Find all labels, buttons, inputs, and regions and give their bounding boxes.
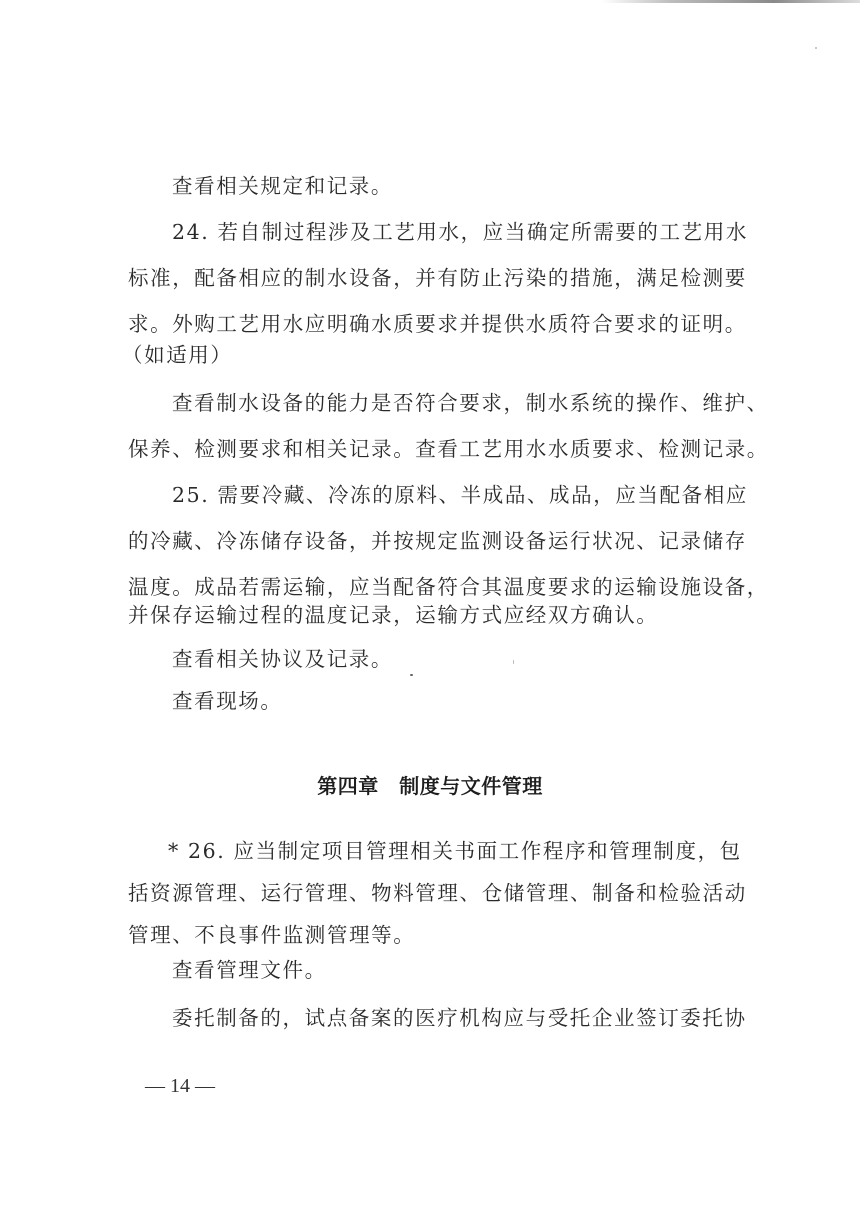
item-25-line-1: 25. 需要冷藏、冷冻的原料、半成品、成品，应当配备相应	[172, 480, 748, 510]
chapter-heading: 第四章 制度与文件管理	[0, 770, 860, 799]
scan-speck	[815, 47, 817, 49]
check-25-agreements: 查看相关协议及记录。	[172, 644, 748, 674]
item-24-line-3: 求。外购工艺用水应明确水质要求并提供水质符合要求的证明。	[128, 309, 748, 339]
item-24-line-2: 标准，配备相应的制水设备，并有防止污染的措施，满足检测要	[128, 263, 748, 293]
item-25-line-4: 并保存运输过程的温度记录，运输方式应经双方确认。	[128, 600, 748, 630]
paragraph-check-rules: 查看相关规定和记录。	[172, 171, 748, 201]
scan-speck	[513, 660, 514, 664]
item-26-line-2: 括资源管理、运行管理、物料管理、仓储管理、制备和检验活动	[128, 878, 748, 908]
item-26-line-3: 管理、不良事件监测管理等。	[128, 920, 748, 950]
item-26-line-1: * 26. 应当制定项目管理相关书面工作程序和管理制度，包	[168, 836, 744, 866]
check-24-line-1: 查看制水设备的能力是否符合要求，制水系统的操作、维护、	[172, 388, 748, 418]
item-25-line-3: 温度。成品若需运输，应当配备符合其温度要求的运输设施设备，	[128, 572, 748, 602]
page-number: — 14 —	[145, 1075, 215, 1098]
check-26-documents: 查看管理文件。	[172, 955, 748, 985]
entrust-line-1: 委托制备的，试点备案的医疗机构应与受托企业签订委托协	[172, 1003, 748, 1033]
check-25-site: 查看现场。	[172, 686, 748, 716]
item-24-line-1: 24. 若自制过程涉及工艺用水，应当确定所需要的工艺用水	[172, 217, 748, 247]
scan-speck	[410, 674, 413, 676]
item-25-line-2: 的冷藏、冷冻储存设备，并按规定监测设备运行状况、记录储存	[128, 526, 748, 556]
document-page: 查看相关规定和记录。 24. 若自制过程涉及工艺用水，应当确定所需要的工艺用水 …	[0, 0, 860, 1219]
item-24-line-4: （如适用）	[122, 340, 742, 370]
check-24-line-2: 保养、检测要求和相关记录。查看工艺用水水质要求、检测记录。	[128, 434, 748, 464]
